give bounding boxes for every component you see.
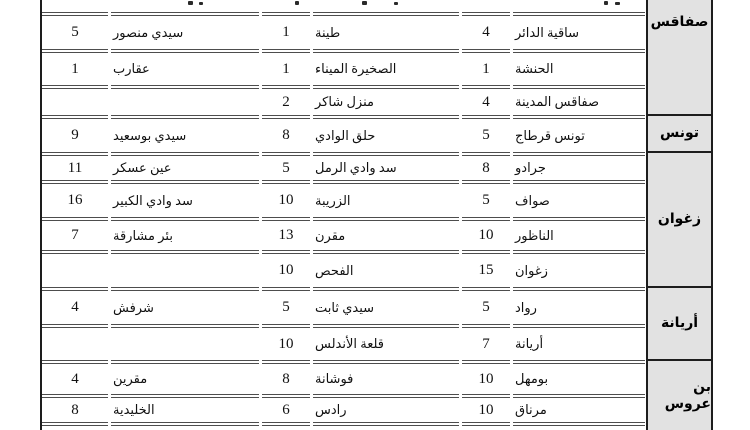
table-left-border — [40, 0, 42, 430]
clipped-row-top-cell — [111, 0, 259, 13]
station-count-cell: 8 — [262, 118, 310, 153]
delegation-name-cell: الزريبة — [313, 183, 459, 218]
clipped-row-top-cell — [262, 0, 310, 13]
station-count-cell: 1 — [262, 52, 310, 86]
delegation-name-cell: الحنشة — [513, 52, 645, 86]
governorate-label: تونس — [648, 116, 711, 153]
delegation-name-cell: صواف — [513, 183, 645, 218]
delegation-name-cell: مقرن — [313, 220, 459, 251]
delegation-name-cell: مرناق — [513, 397, 645, 423]
delegation-name-cell: بومهل — [513, 363, 645, 395]
delegation-name-cell: بئر مشارقة — [111, 220, 259, 251]
station-count-cell: 10 — [462, 363, 510, 395]
delegation-name-cell: أريانة — [513, 327, 645, 361]
governorate-label: أريانة — [648, 288, 711, 361]
delegation-name-cell: رادس — [313, 397, 459, 423]
station-count-cell: 16 — [42, 183, 108, 218]
station-count-cell — [42, 327, 108, 361]
clipped-text-fragment — [295, 1, 299, 5]
delegation-name-cell: رواد — [513, 290, 645, 325]
delegation-name-cell — [111, 327, 259, 361]
station-count-cell: 10 — [462, 220, 510, 251]
governorate-label: زغوان — [648, 153, 711, 288]
clipped-row-top-cell — [42, 0, 108, 13]
station-count-cell: 8 — [262, 363, 310, 395]
delegation-name-cell — [111, 88, 259, 116]
delegation-name-cell: حلق الوادي — [313, 118, 459, 153]
delegation-name-cell: الخليدية — [111, 397, 259, 423]
station-count-cell — [42, 253, 108, 288]
station-count-cell: 1 — [462, 52, 510, 86]
station-count-cell: 4 — [462, 15, 510, 50]
station-count-cell: 7 — [462, 327, 510, 361]
delegation-name-cell: قلعة الأندلس — [313, 327, 459, 361]
clipped-row-bottom-cell — [111, 425, 259, 430]
clipped-text-fragment — [604, 1, 608, 5]
station-count-cell: 7 — [42, 220, 108, 251]
delegation-name-cell: سيدي ثابت — [313, 290, 459, 325]
delegation-name-cell: جرادو — [513, 155, 645, 181]
clipped-row-bottom-cell — [262, 425, 310, 430]
station-count-cell: 5 — [462, 118, 510, 153]
delegation-name-cell — [111, 253, 259, 288]
delegation-name-cell: ساقية الدائر — [513, 15, 645, 50]
delegation-name-cell: مقرين — [111, 363, 259, 395]
clipped-row-top-cell — [313, 0, 459, 13]
station-count-cell: 5 — [262, 155, 310, 181]
delegation-name-cell: شرفش — [111, 290, 259, 325]
governorate-label: صفاقس — [648, 0, 711, 116]
clipped-row-bottom-cell — [513, 425, 645, 430]
delegation-name-cell: طينة — [313, 15, 459, 50]
station-count-cell: 10 — [262, 253, 310, 288]
delegation-name-cell: تونس قرطاج — [513, 118, 645, 153]
clipped-row-top-cell — [513, 0, 645, 13]
delegation-name-cell: سد وادي الرمل — [313, 155, 459, 181]
delegation-name-cell: زغوان — [513, 253, 645, 288]
station-count-cell: 10 — [462, 397, 510, 423]
station-count-cell: 6 — [262, 397, 310, 423]
station-count-cell: 15 — [462, 253, 510, 288]
station-count-cell: 5 — [462, 290, 510, 325]
clipped-row-bottom-cell — [42, 425, 108, 430]
delegation-name-cell: سيدي بوسعيد — [111, 118, 259, 153]
governorate-label: بن عروس — [648, 361, 711, 430]
station-count-cell: 4 — [462, 88, 510, 116]
clipped-text-fragment — [615, 2, 620, 5]
delegation-name-cell: فوشانة — [313, 363, 459, 395]
station-count-cell: 2 — [262, 88, 310, 116]
delegation-name-cell: الفحص — [313, 253, 459, 288]
delegation-name-cell: عين عسكر — [111, 155, 259, 181]
delegation-name-cell: صفاقس المدينة — [513, 88, 645, 116]
station-count-cell: 5 — [462, 183, 510, 218]
delegation-name-cell: سيدي منصور — [111, 15, 259, 50]
station-count-cell: 1 — [262, 15, 310, 50]
clipped-text-fragment — [362, 1, 367, 5]
governorate-column: صفاقستونسزغوانأريانةبن عروس — [646, 0, 713, 430]
delegation-name-cell: الناظور — [513, 220, 645, 251]
station-count-cell: 10 — [262, 183, 310, 218]
station-count-cell: 5 — [42, 15, 108, 50]
delegation-name-cell: سد وادي الكبير — [111, 183, 259, 218]
station-count-cell: 5 — [262, 290, 310, 325]
station-count-cell: 13 — [262, 220, 310, 251]
station-count-cell: 4 — [42, 290, 108, 325]
station-count-cell: 1 — [42, 52, 108, 86]
clipped-text-fragment — [199, 2, 203, 5]
delegations-table: ساقية الدائر4طينة1سيدي منصور5الحنشة1الصخ… — [42, 0, 645, 430]
station-count-cell: 4 — [42, 363, 108, 395]
delegation-name-cell: عقارب — [111, 52, 259, 86]
clipped-row-bottom-cell — [462, 425, 510, 430]
delegation-name-cell: الصخيرة الميناء — [313, 52, 459, 86]
station-count-cell: 8 — [462, 155, 510, 181]
delegation-name-cell: منزل شاكر — [313, 88, 459, 116]
document-page: ساقية الدائر4طينة1سيدي منصور5الحنشة1الصخ… — [0, 0, 750, 430]
station-count-cell — [42, 88, 108, 116]
station-count-cell: 10 — [262, 327, 310, 361]
station-count-cell: 9 — [42, 118, 108, 153]
station-count-cell: 8 — [42, 397, 108, 423]
clipped-text-fragment — [394, 2, 398, 5]
station-count-cell: 11 — [42, 155, 108, 181]
clipped-row-top-cell — [462, 0, 510, 13]
clipped-text-fragment — [188, 1, 193, 5]
clipped-row-bottom-cell — [313, 425, 459, 430]
